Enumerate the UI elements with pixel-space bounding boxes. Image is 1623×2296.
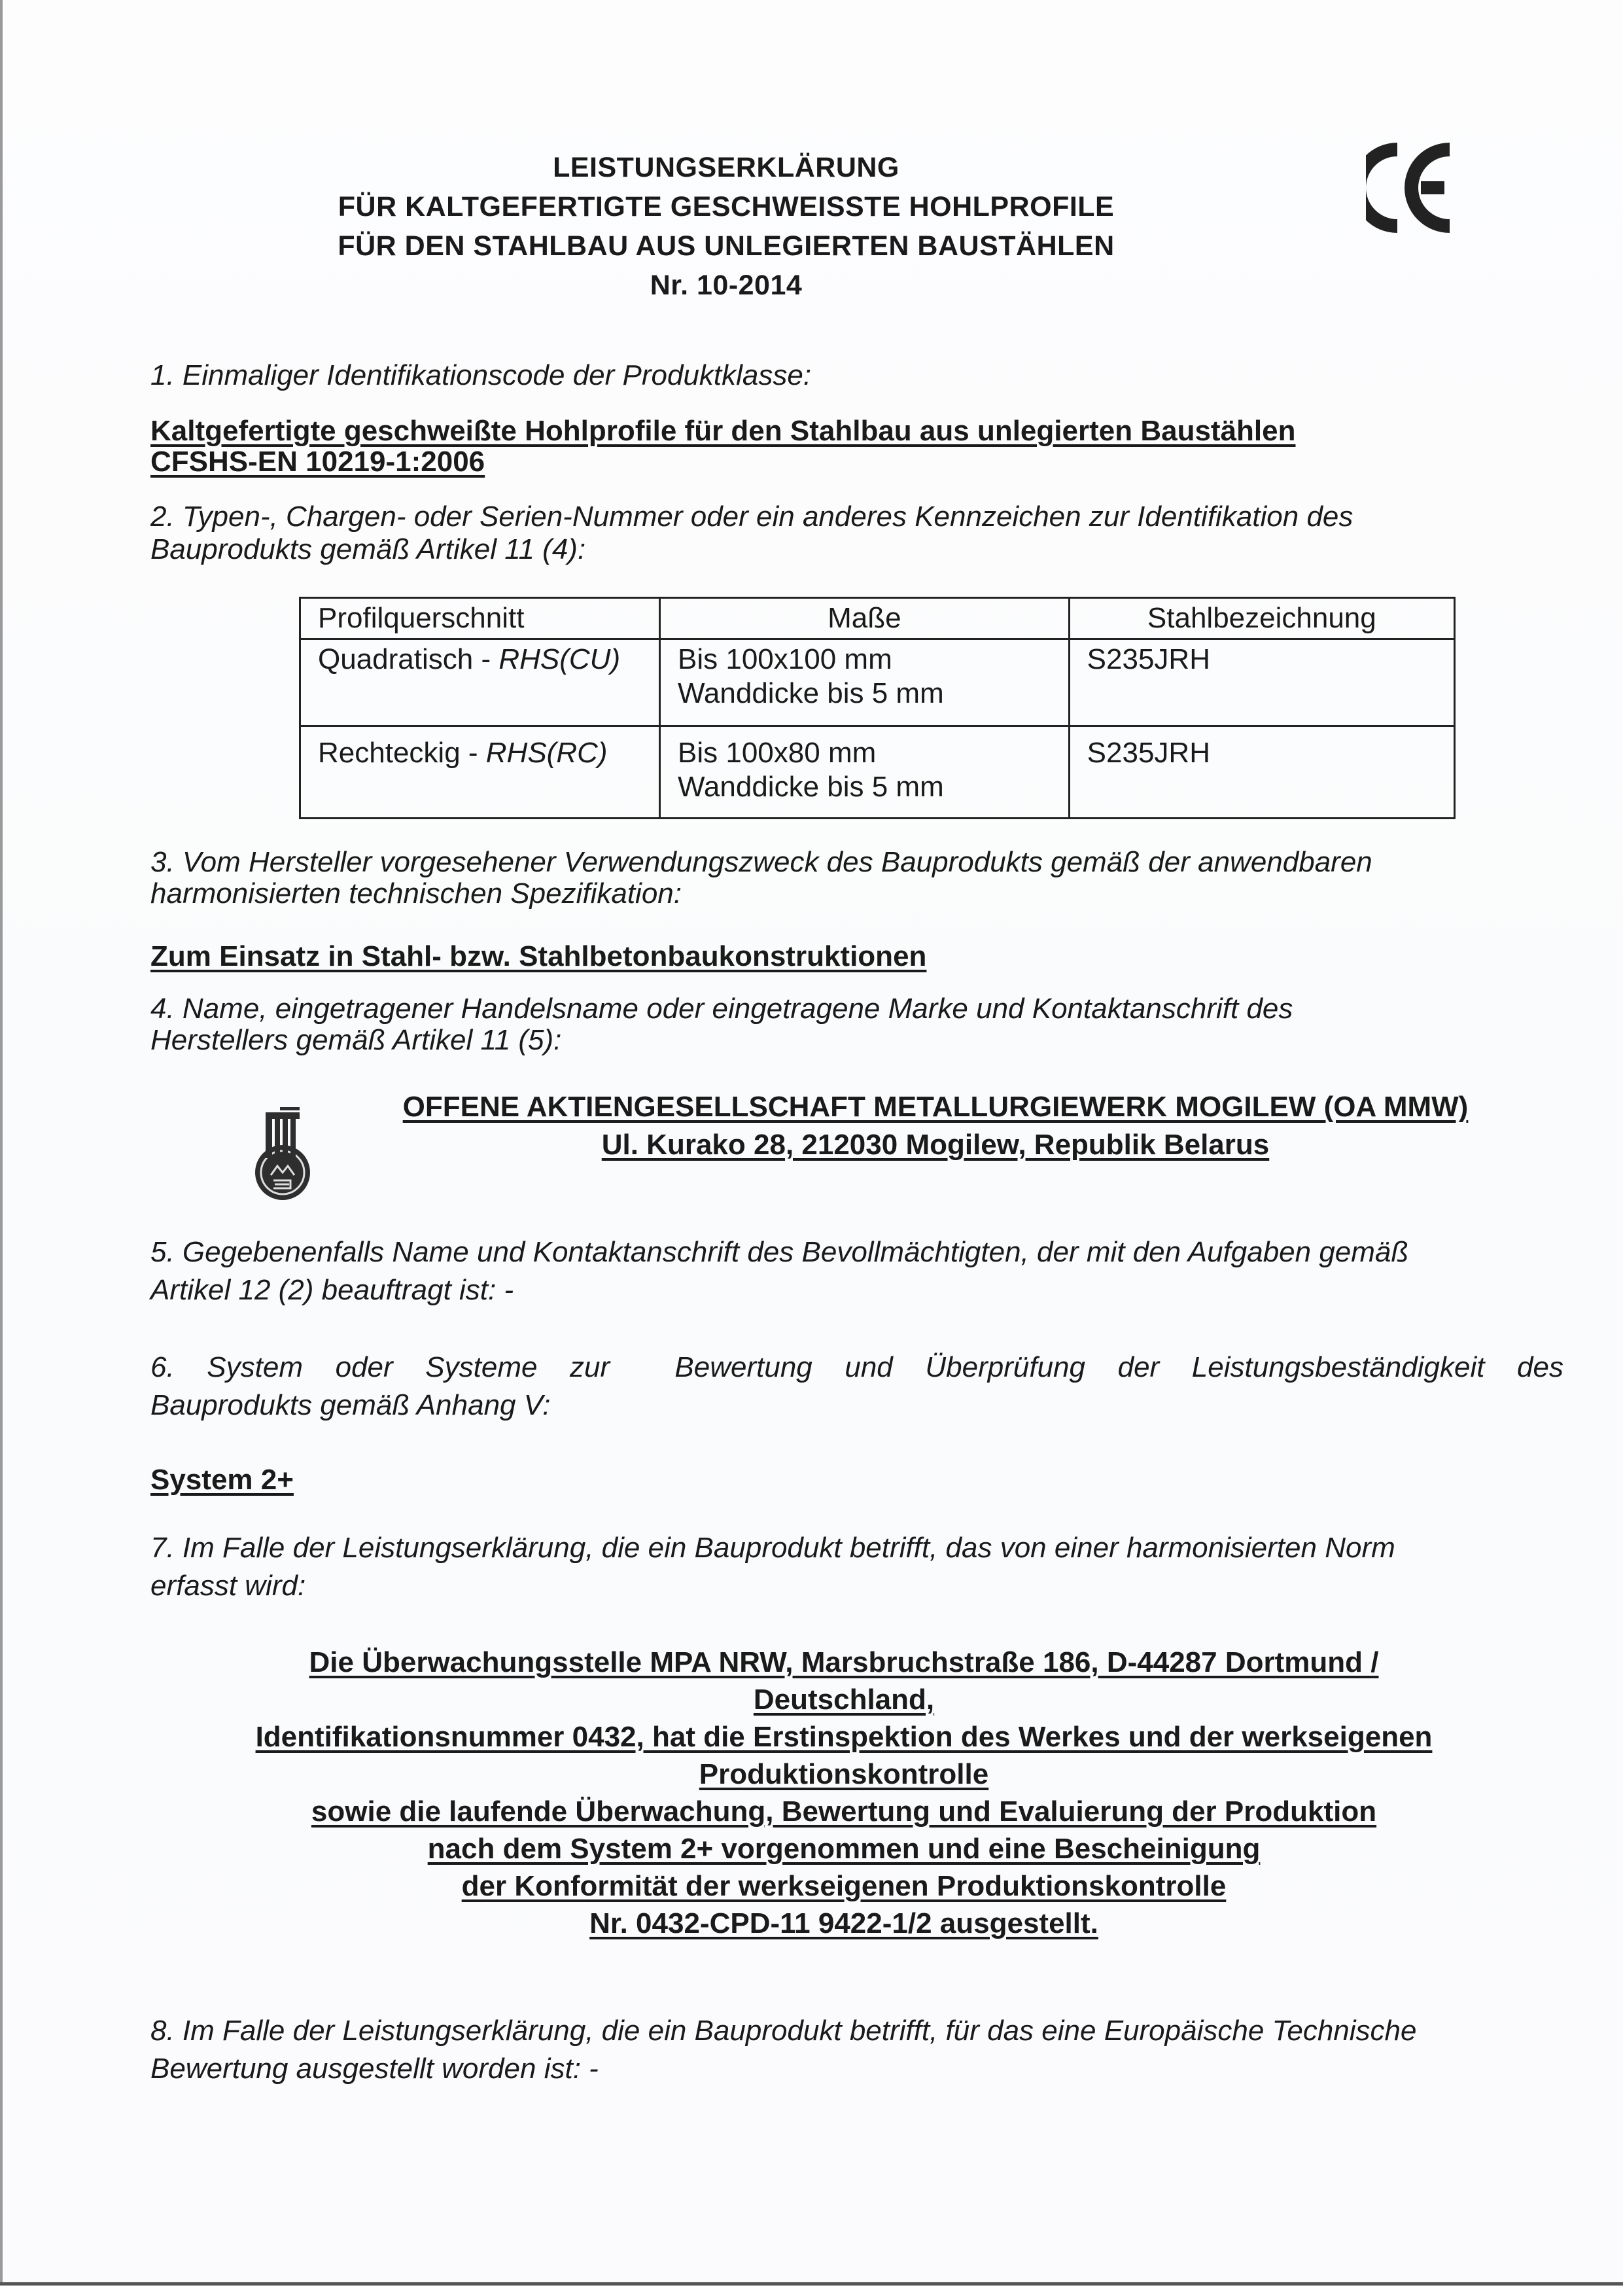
section-6-system: System 2+ <box>150 1462 294 1498</box>
section-5-heading: 5. Gegebenenfalls Name und Kontaktanschr… <box>150 1234 1563 1309</box>
section-4-heading: 4. Name, eingetragener Handelsname oder … <box>150 991 1563 1059</box>
cell-profile: Quadratisch - RHS(CU) <box>300 639 660 726</box>
document-title: LEISTUNGSERKLÄRUNG FÜR KALTGEFERTIGTE GE… <box>249 148 1204 305</box>
notified-body-line-7: der Konformität der werkseigenen Produkt… <box>157 1867 1531 1905</box>
scan-left-edge <box>0 0 3 2284</box>
section-1-heading: 1. Einmaliger Identifikationscode der Pr… <box>150 357 1563 394</box>
notified-body-line-3: Identifikationsnummer 0432, hat die Erst… <box>157 1718 1531 1756</box>
section-7-heading: 7. Im Falle der Leistungserklärung, die … <box>150 1530 1563 1604</box>
notified-body-line-2: Deutschland, <box>157 1681 1531 1718</box>
cell-profile: Rechteckig - RHS(RC) <box>300 726 660 819</box>
section-3-heading-line-2: harmonisierten technischen Spezifikation… <box>150 875 1563 912</box>
cell-dimensions: Bis 100x80 mm Wanddicke bis 5 mm <box>660 726 1070 819</box>
section-6-heading-line-2: Bauprodukts gemäß Anhang V: <box>150 1387 1563 1424</box>
product-spec-table: Profilquerschnitt Maße Stahlbezeichnung … <box>299 597 1456 819</box>
section-2-heading: 2. Typen-, Chargen- oder Serien-Nummer o… <box>150 499 1563 568</box>
section-3-heading: 3. Vom Hersteller vorgesehener Verwendun… <box>150 844 1563 912</box>
section-5-heading-line-1: 5. Gegebenenfalls Name und Kontaktanschr… <box>150 1234 1563 1271</box>
table-row: Rechteckig - RHS(RC) Bis 100x80 mm Wandd… <box>300 726 1455 819</box>
certificate-number-line: Nr. 0432-CPD-11 9422-1/2 ausgestellt. <box>157 1905 1531 1942</box>
mmw-logo-icon <box>249 1104 317 1203</box>
section-5-heading-line-2: Artikel 12 (2) beauftragt ist: - <box>150 1272 1563 1309</box>
section-2-heading-line-2: Bauprodukts gemäß Artikel 11 (4): <box>150 531 1563 568</box>
section-4-heading-line-2: Herstellers gemäß Artikel 11 (5): <box>150 1022 1563 1059</box>
table-row: Quadratisch - RHS(CU) Bis 100x100 mm Wan… <box>300 639 1455 726</box>
section-2-heading-line-1: 2. Typen-, Chargen- oder Serien-Nummer o… <box>150 499 1563 535</box>
cell-dimensions: Bis 100x100 mm Wanddicke bis 5 mm <box>660 639 1070 726</box>
header-profile: Profilquerschnitt <box>300 598 660 639</box>
notified-body-line-5: sowie die laufende Überwachung, Bewertun… <box>157 1793 1531 1830</box>
notified-body-line-6: nach dem System 2+ vorgenommen und eine … <box>157 1830 1531 1867</box>
title-line-3: FÜR DEN STAHLBAU AUS UNLEGIERTEN BAUSTÄH… <box>249 226 1204 266</box>
document-number: Nr. 10-2014 <box>249 266 1204 305</box>
section-7-notified-body-statement: Die Überwachungsstelle MPA NRW, Marsbruc… <box>157 1644 1531 1942</box>
table-header-row: Profilquerschnitt Maße Stahlbezeichnung <box>300 598 1455 639</box>
document-page: LEISTUNGSERKLÄRUNG FÜR KALTGEFERTIGTE GE… <box>0 0 1623 2296</box>
header-steel-grade: Stahlbezeichnung <box>1069 598 1454 639</box>
title-line-2: FÜR KALTGEFERTIGTE GESCHWEISSTE HOHLPROF… <box>249 187 1204 226</box>
section-3-intended-use: Zum Einsatz in Stahl- bzw. Stahlbetonbau… <box>150 938 926 975</box>
title-line-1: LEISTUNGSERKLÄRUNG <box>249 148 1204 187</box>
scan-bottom-strip <box>0 2286 1623 2296</box>
section-7-heading-line-2: erfasst wird: <box>150 1568 1563 1604</box>
notified-body-line-4: Produktionskontrolle <box>157 1756 1531 1793</box>
section-8-heading-line-1: 8. Im Falle der Leistungserklärung, die … <box>150 2013 1563 2049</box>
manufacturer-address: Ul. Kurako 28, 212030 Mogilew, Republik … <box>314 1127 1557 1163</box>
ce-mark-icon <box>1366 139 1451 237</box>
section-1-identification-code: CFSHS-EN 10219-1:2006 <box>150 444 485 480</box>
section-8-heading-line-2: Bewertung ausgestellt worden ist: - <box>150 2051 1563 2087</box>
cell-steel-grade: S235JRH <box>1069 726 1454 819</box>
notified-body-line-1: Die Überwachungsstelle MPA NRW, Marsbruc… <box>157 1644 1531 1681</box>
section-7-heading-line-1: 7. Im Falle der Leistungserklärung, die … <box>150 1530 1563 1566</box>
header-dimensions: Maße <box>660 598 1070 639</box>
cell-steel-grade: S235JRH <box>1069 639 1454 726</box>
section-6-heading-line-1: 6. System oder Systeme zur Bewertung und… <box>150 1349 1563 1386</box>
section-8-heading: 8. Im Falle der Leistungserklärung, die … <box>150 2013 1563 2087</box>
manufacturer-name: OFFENE AKTIENGESELLSCHAFT METALLURGIEWER… <box>314 1089 1557 1125</box>
section-6-heading: 6. System oder Systeme zur Bewertung und… <box>150 1349 1563 1424</box>
